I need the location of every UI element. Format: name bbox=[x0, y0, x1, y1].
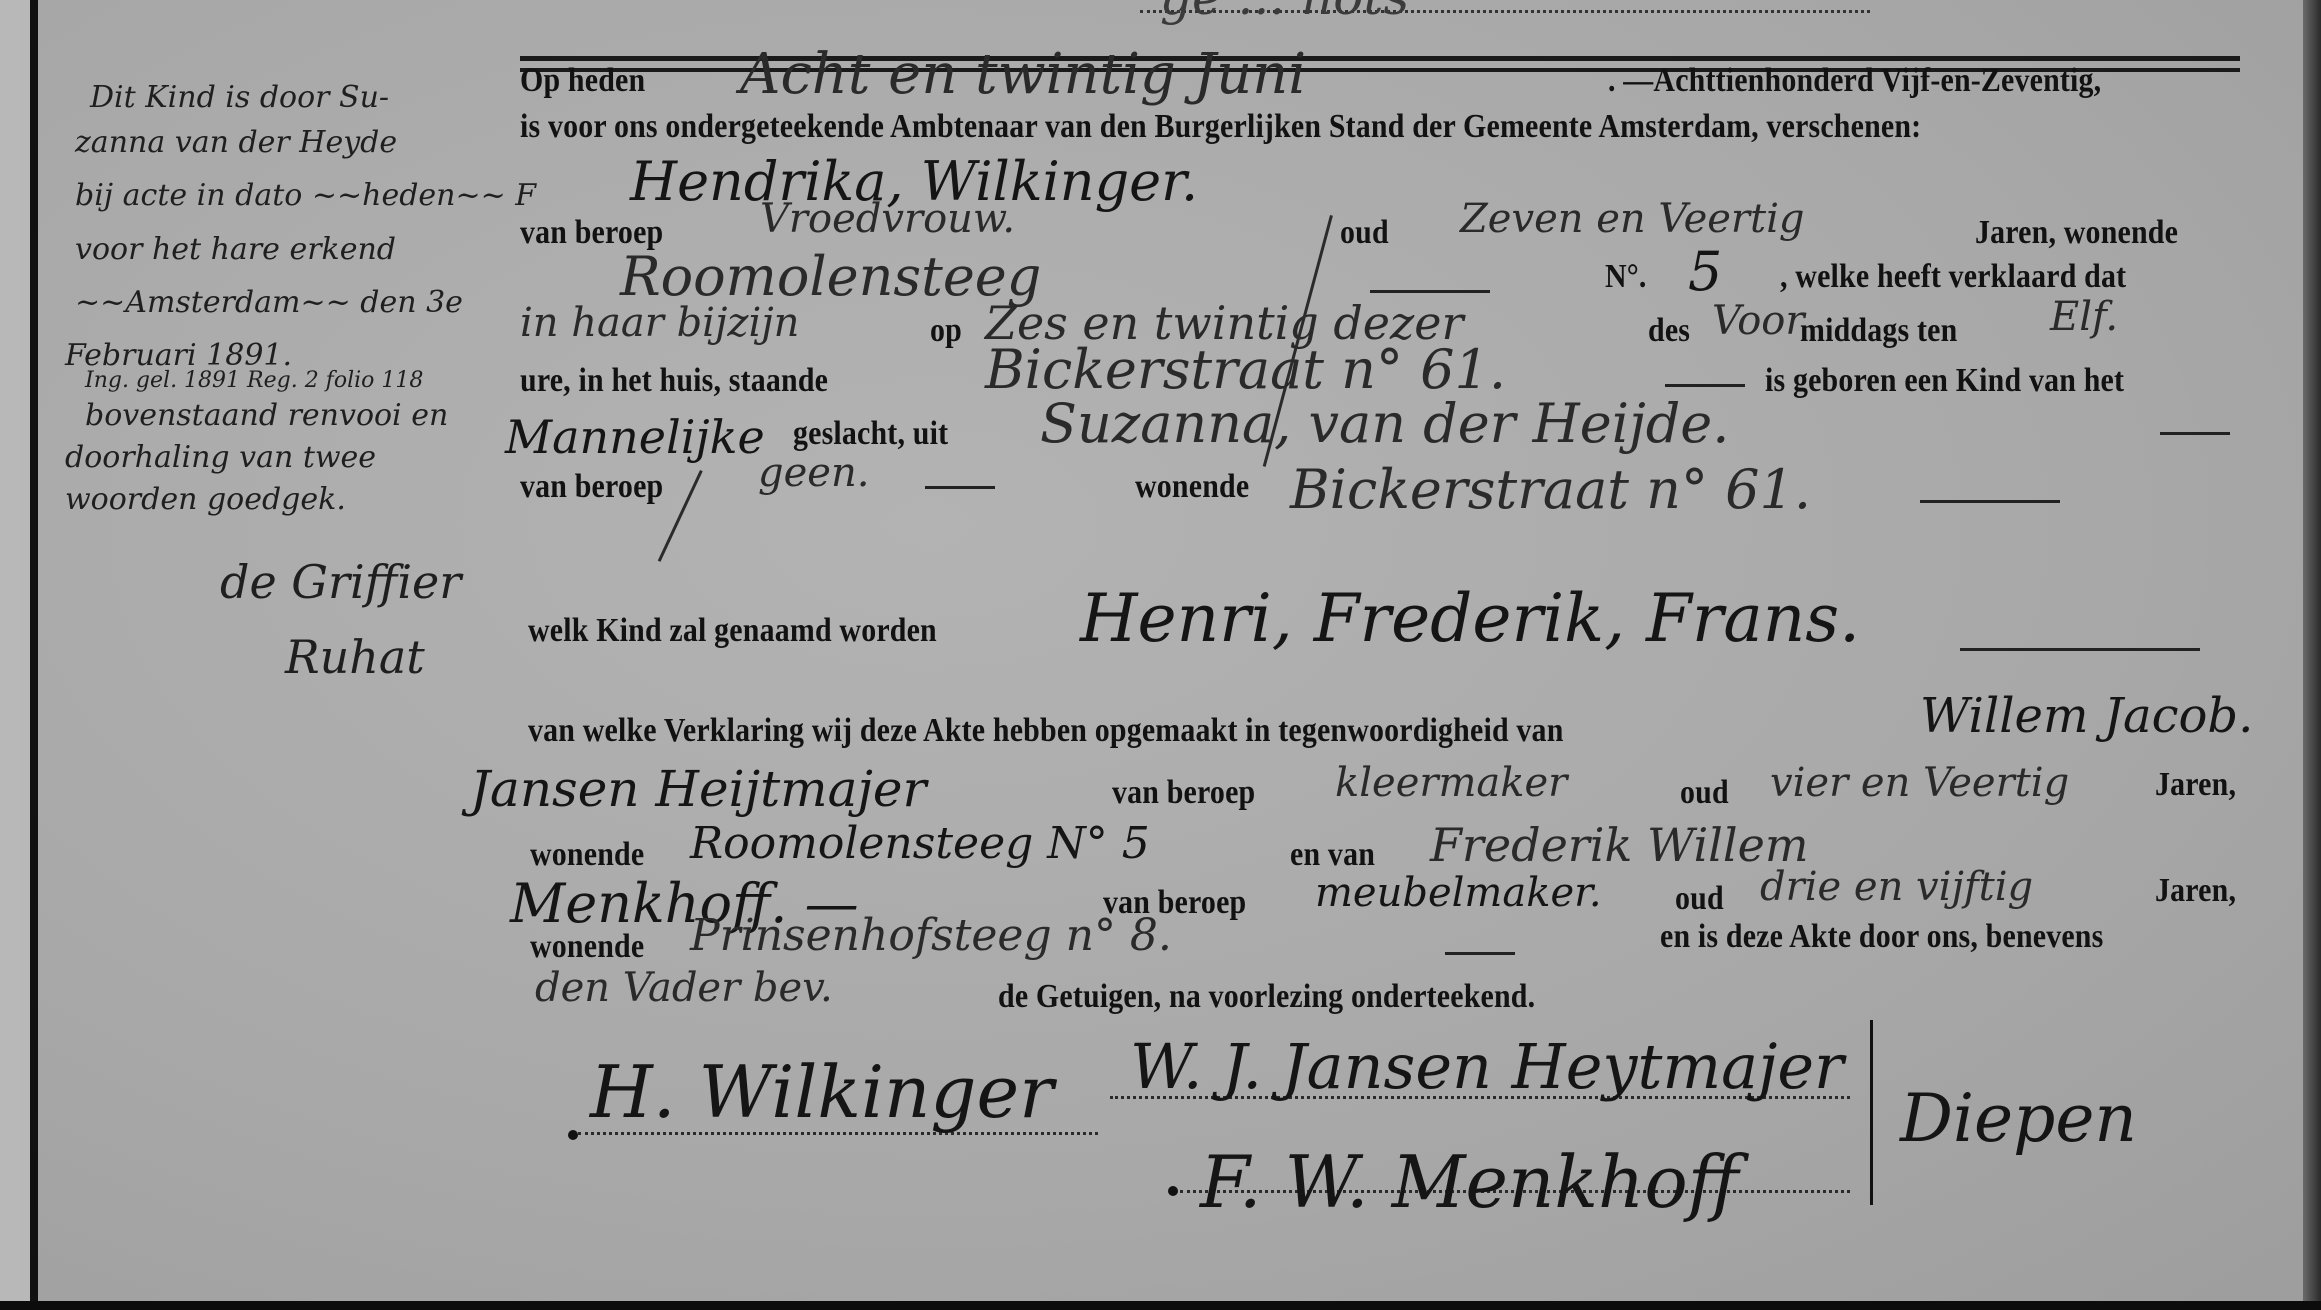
field-declarant-street: Roomolensteeg bbox=[620, 245, 1041, 308]
margin-note-line: ~~Amsterdam~~ den 3e bbox=[75, 285, 463, 320]
signature-witness-2: F. W. Menkhoff bbox=[1200, 1140, 1739, 1224]
label-oud: oud bbox=[1680, 774, 1729, 812]
page-left-border bbox=[30, 0, 38, 1302]
fill-dash bbox=[1665, 384, 1745, 387]
label-wonende: wonende bbox=[1135, 468, 1249, 506]
margin-note-line: Ing. gel. 1891 Reg. 2 folio 118 bbox=[85, 368, 423, 393]
label-jaren-wonende: Jaren, wonende bbox=[1975, 214, 2178, 252]
label-en-van: en van bbox=[1290, 836, 1375, 874]
field-child-name: Henri, Frederik, Frans. bbox=[1080, 580, 1860, 657]
label-oud: oud bbox=[1675, 880, 1724, 918]
field-declarant-occupation: Vroedvrouw. bbox=[760, 196, 1015, 242]
handwriting-stroke bbox=[658, 470, 703, 562]
page-bottom-edge bbox=[0, 1301, 2321, 1310]
field-date: Acht en twintig Juni bbox=[740, 42, 1306, 107]
label-wonende: wonende bbox=[530, 836, 644, 874]
field-mother-name: Suzanna, van der Heijde. bbox=[1040, 392, 1729, 455]
page-right-edge bbox=[2303, 0, 2321, 1310]
label-op: op bbox=[930, 312, 962, 350]
field-sex: Mannelijke bbox=[505, 410, 765, 464]
label-de-getuigen: de Getuigen, na voorlezing onderteekend. bbox=[998, 978, 1535, 1016]
adjacent-page-strip bbox=[0, 0, 32, 1310]
fill-dash bbox=[1445, 952, 1515, 955]
signature-witness-1: W. J. Jansen Heytmajer bbox=[1130, 1030, 1844, 1103]
fill-dash bbox=[925, 486, 995, 489]
field-witness1-last-name: Jansen Heijtmajer bbox=[470, 760, 926, 818]
label-welke-heeft: , welke heeft verklaard dat bbox=[1780, 258, 2126, 296]
label-geslacht-uit: geslacht, uit bbox=[793, 415, 948, 453]
field-den-vader: den Vader bev. bbox=[535, 965, 833, 1011]
margin-note-line: bij acte in dato ~~heden~~ F bbox=[75, 178, 536, 213]
field-witness1-address: Roomolensteeg N° 5 bbox=[690, 818, 1150, 869]
label-middags-ten: middags ten bbox=[1800, 312, 1957, 350]
signature-bullet bbox=[568, 1130, 578, 1140]
margin-signature-griffier: de Griffier bbox=[220, 555, 461, 609]
label-is-geboren: is geboren een Kind van het bbox=[1765, 362, 2124, 400]
field-witness2-address: Prinsenhofsteeg n° 8. bbox=[690, 910, 1172, 961]
field-witness1-first-name: Willem Jacob. bbox=[1920, 688, 2253, 744]
label-van-beroep: van beroep bbox=[520, 468, 663, 506]
signature-brace bbox=[1870, 1020, 1873, 1205]
label-year: . —Achttienhonderd Vijf-en-Zeventig, bbox=[1608, 62, 2101, 100]
fill-dash bbox=[2160, 432, 2230, 435]
field-declarant-house-number: 5 bbox=[1688, 240, 1722, 303]
fill-dash bbox=[1370, 290, 1490, 293]
signature-declarant: H. Wilkinger bbox=[590, 1050, 1054, 1134]
field-witness2-first-name: Frederik Willem bbox=[1430, 818, 1808, 872]
margin-note-line: zanna van der Heyde bbox=[75, 125, 397, 160]
fill-dash bbox=[1960, 648, 2200, 651]
label-no: N°. bbox=[1605, 258, 1647, 296]
label-van-welke: van welke Verklaring wij deze Akte hebbe… bbox=[528, 712, 1564, 750]
label-en-is-deze: en is deze Akte door ons, benevens bbox=[1660, 918, 2103, 956]
field-mother-occupation: geen. bbox=[758, 450, 869, 496]
margin-note-line: doorhaling van twee bbox=[65, 440, 376, 475]
field-declarant-age: Zeven en Veertig bbox=[1460, 196, 1805, 242]
label-jaren: Jaren, bbox=[2155, 766, 2236, 804]
label-oud: oud bbox=[1340, 214, 1389, 252]
field-witness1-occupation: kleermaker bbox=[1335, 760, 1567, 806]
margin-note-line: Dit Kind is door Su- bbox=[90, 80, 389, 115]
signature-bullet bbox=[1168, 1186, 1178, 1196]
label-jaren: Jaren, bbox=[2155, 872, 2236, 910]
field-witness2-occupation: meubelmaker. bbox=[1315, 870, 1602, 916]
scanned-document-page: ge ... nots Dit Kind is door Su- zanna v… bbox=[0, 0, 2321, 1310]
header-handwriting: ge ... nots bbox=[1160, 0, 1409, 26]
signature-official: Diepen bbox=[1900, 1080, 2137, 1157]
field-witness1-age: vier en Veertig bbox=[1770, 760, 2069, 806]
fill-dash bbox=[1920, 500, 2060, 503]
field-presence: in haar bijzijn bbox=[520, 300, 799, 346]
label-des: des bbox=[1648, 312, 1690, 350]
label-welk-kind: welk Kind zal genaamd worden bbox=[528, 612, 937, 650]
label-is-voor: is voor ons ondergeteekende Ambtenaar va… bbox=[520, 108, 1921, 146]
label-van-beroep: van beroep bbox=[1112, 774, 1255, 812]
margin-note-line: voor het hare erkend bbox=[75, 232, 396, 267]
label-op-heden: Op heden bbox=[520, 62, 645, 100]
margin-note-line: bovenstaand renvooi en bbox=[85, 398, 448, 433]
field-mother-address: Bickerstraat n° 61. bbox=[1290, 458, 1811, 521]
margin-signature: Ruhat bbox=[285, 630, 425, 684]
field-voor: Voor bbox=[1712, 298, 1805, 344]
field-birth-hour: Elf. bbox=[2050, 294, 2118, 340]
margin-note-line: woorden goedgek. bbox=[65, 482, 346, 517]
label-wonende: wonende bbox=[530, 928, 644, 966]
label-ure-huis: ure, in het huis, staande bbox=[520, 362, 828, 400]
field-witness2-age: drie en vijftig bbox=[1760, 864, 2033, 910]
